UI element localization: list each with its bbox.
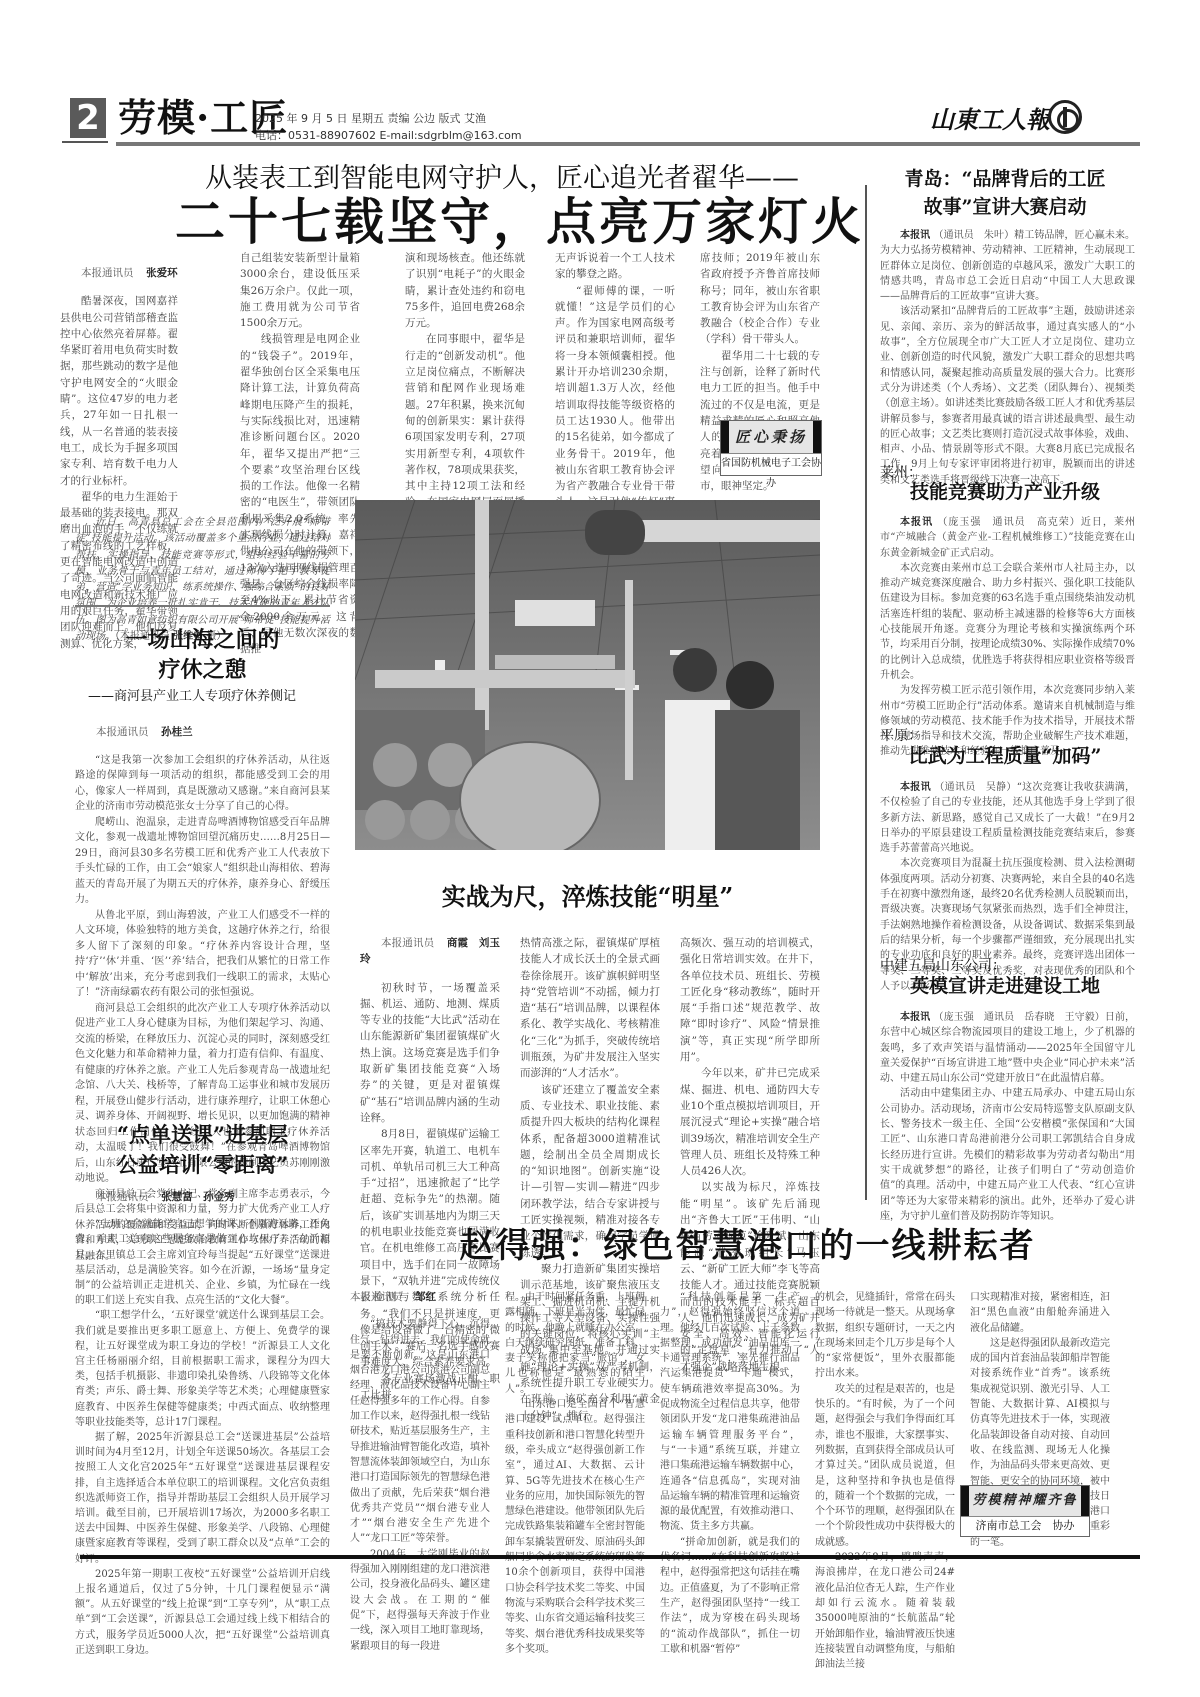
union-emblem-icon	[1048, 100, 1082, 134]
lead-paragraph: “翟师傅的课，一听就懂！”这是学员们的心声。作为国家电网高级考评员和兼职培训师，…	[555, 283, 675, 527]
cscec-title: 英模宣讲走进建设工地	[870, 972, 1140, 1000]
page-number: 2	[70, 98, 106, 138]
lead-headline: 二十七载坚守，点亮万家灯火	[175, 190, 864, 254]
craft-sponsor-box: 匠心秉扬 省国防机械电子工会协办	[720, 420, 822, 476]
box-bar-left	[961, 1486, 969, 1516]
port-column-3: “科技创新是第一生产力”，赵得强始终坚信这个道理。他经几百次试验、上千条数据整理…	[660, 1290, 800, 1657]
jinan-calligraphy: 劳模精神耀齐鲁	[972, 1484, 1077, 1518]
port-column-2: 程。由于时间紧任务重，上班朝露相随，下班星光为伴，最忙碌的时候，他晚上就睡在办公…	[505, 1290, 645, 1657]
newspaper-masthead: 山東工人報	[930, 105, 1050, 135]
training-title: “点单送课”进基层 公益培训“零距离”	[75, 1120, 330, 1180]
workshop-photo-image	[355, 500, 820, 850]
lead-paragraph: 席技师；2019年被山东省政府授予齐鲁首席技师称号；同年，被山东省职工教育协会评…	[700, 250, 820, 348]
lead-paragraph: 自己组装安装新型计量箱3000余台，建设低压采集26万余户。仅此一项，施工费用就…	[240, 250, 360, 331]
qingdao-body: 本报讯 （通讯员 朱叶）精工铸品牌，匠心赢未来。为大力弘扬劳模精神、劳动精神、工…	[880, 228, 1135, 488]
lead-paragraph: 酷暑深夜，国网嘉祥县供电公司营销部稽查监控中心依然亮着屏幕。翟华紧盯着用电负荷实…	[60, 293, 178, 489]
header-rule	[116, 142, 1140, 146]
sanatorium-body: 本报通讯员孙桂兰 “这是我第一次参加工会组织的疗休养活动，从往返路途的保障到每一…	[75, 725, 330, 1264]
training-body: 本报通讯员张慧富 孙金秀 “上班之余就能学自己想学的课，不用跑远路，还免费，咱职…	[75, 1190, 330, 1658]
bottom-rule	[80, 1555, 1140, 1559]
right-column-divider	[865, 185, 867, 1200]
lead-paragraph: 无声诉说着一个工人技术家的攀登之路。	[555, 250, 675, 283]
jinan-sponsor-org: 济南市总工会 协办	[961, 1517, 1089, 1535]
cscec-body: 本报讯 （庞玉强 通讯员 岳春晓 王守毅）日前，东营中心城区综合物流园项目的建设…	[880, 1010, 1135, 1224]
pingyuan-title: 比武为工程质量“加码”	[870, 742, 1140, 770]
box-bar-left	[721, 421, 729, 453]
lead-byline: 本报通讯员张爱环	[60, 265, 178, 281]
lead-paragraph: 演和现场核查。他还练就了识别“电耗子”的火眼金睛，累计查处违约和窃电75多件，追…	[405, 250, 525, 331]
skills-star-title: 实战为尺，淬炼技能“明星”	[355, 880, 820, 914]
port-column-1: 本报通讯员邹红 “搞技术要静得下心、沉得住气、钻得进去，我们的使命就是要不断创新…	[350, 1290, 490, 1654]
box-bar-right	[1081, 1486, 1089, 1516]
port-column-4: 的机会，见缝插针，常常在码头现场一待就是一整天。从现场拿数据，组织专题研讨，一天…	[815, 1290, 955, 1672]
page-number-underline	[62, 141, 108, 143]
laizhou-title: 技能竞赛助力产业升级	[870, 478, 1140, 506]
sanatorium-subtitle: ——商河县产业工人专项疗休养侧记	[88, 685, 296, 704]
section-divider	[75, 605, 330, 607]
jinan-sponsor-box: 劳模精神耀齐鲁 济南市总工会 协办	[960, 1485, 1090, 1537]
workshop-photo	[355, 500, 820, 850]
sanatorium-title: 一场山海之间的 疗休之憩	[75, 625, 330, 685]
craft-calligraphy: 匠心秉扬	[735, 420, 807, 454]
port-title: 赵得强：绿色智慧港口的一线耕耘者	[355, 1222, 1140, 1270]
laizhou-body: 本报讯 （庞玉强 通讯员 高克荣）近日，莱州市“产城融合（黄金产业-工程机械维修…	[880, 515, 1135, 760]
box-bar-right	[813, 421, 821, 453]
header-date-editor: 2025 年 9 月 5 日 星期五 责编 公边 版式 艾渔	[255, 110, 522, 127]
qingdao-title: 青岛：“品牌背后的工匠 故事”宣讲大赛启动	[870, 165, 1140, 221]
craft-sponsor-org: 省国防机械电子工会协办	[721, 454, 821, 494]
header-meta: 2025 年 9 月 5 日 星期五 责编 公边 版式 艾渔 电话：0531-8…	[255, 110, 522, 144]
